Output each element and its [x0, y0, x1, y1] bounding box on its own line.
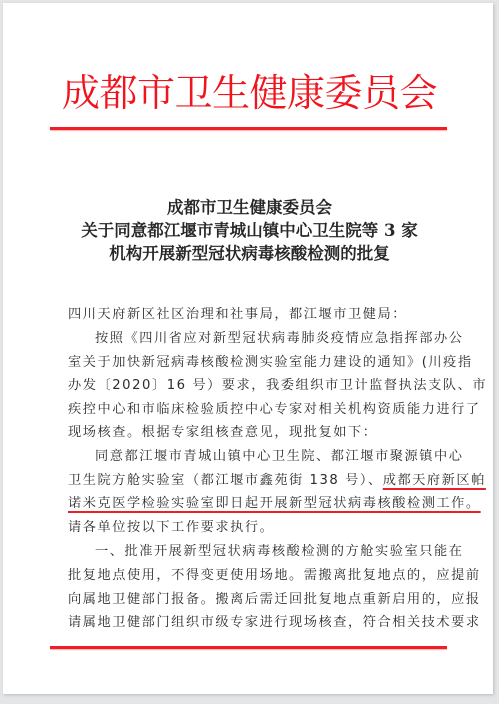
paragraph-2-line: 请各单位按以下工作要求执行。	[68, 519, 430, 537]
salutation: 四川天府新区社区治理和社事局，都江堰市卫健局：	[68, 306, 430, 324]
highlighted-text: 诺米克医学检验实验室即日起开展新型冠状病毒核酸检测工作。	[68, 496, 481, 511]
paragraph-3-line: 向属地卫健部门报备。搬离后需迁回批复地点重新启用的，应报	[68, 591, 430, 609]
paragraph-1-line: 现场核查。根据专家组核查意见，现批复如下：	[68, 424, 430, 442]
paragraph-2-line: 卫生院方舱实验室（都江堰市鑫苑街 138 号）、成都天府新区帕	[68, 472, 430, 490]
document-title-line-3: 机构开展新型冠状病毒核酸检测的批复	[0, 242, 499, 265]
letterhead-title: 成都市卫生健康委员会	[0, 72, 499, 114]
footer-red-rule	[50, 646, 447, 649]
paragraph-3-line: 一、批准开展新型冠状病毒核酸检测的方舱实验室只能在	[68, 543, 430, 561]
paragraph-1-line: 室关于加快新冠病毒核酸检测实验室能力建设的通知》(川疫指	[68, 354, 430, 372]
paragraph-2-text: 卫生院方舱实验室（都江堰市鑫苑街 138 号）、	[68, 473, 383, 488]
paragraph-3-line: 请属地卫健部门组织市级专家进行现场核查，符合相关技术要求	[68, 614, 430, 632]
paragraph-1-line: 按照《四川省应对新型冠状病毒肺炎疫情应急指挥部办公	[68, 330, 430, 348]
document-title-line-1: 成都市卫生健康委员会	[0, 196, 499, 219]
highlighted-text: 成都天府新区帕	[383, 473, 486, 488]
paragraph-3-line: 批复地点使用，不得变更使用场地。需搬离批复地点的，应提前	[68, 567, 430, 585]
paragraph-2-line: 诺米克医学检验实验室即日起开展新型冠状病毒核酸检测工作。	[68, 495, 430, 513]
paragraph-1-line: 疾控中心和市临床检验质控中心专家对相关机构资质能力进行了	[68, 401, 430, 419]
document-title-line-2: 关于同意都江堰市青城山镇中心卫生院等 3 家	[0, 219, 499, 242]
paragraph-2-line: 同意都江堰市青城山镇中心卫生院、都江堰市聚源镇中心	[68, 448, 430, 466]
paragraph-1-line: 办发〔2020〕16 号）要求，我委组织市卫计监督执法支队、市	[68, 377, 430, 395]
letterhead-red-rule	[50, 127, 447, 130]
